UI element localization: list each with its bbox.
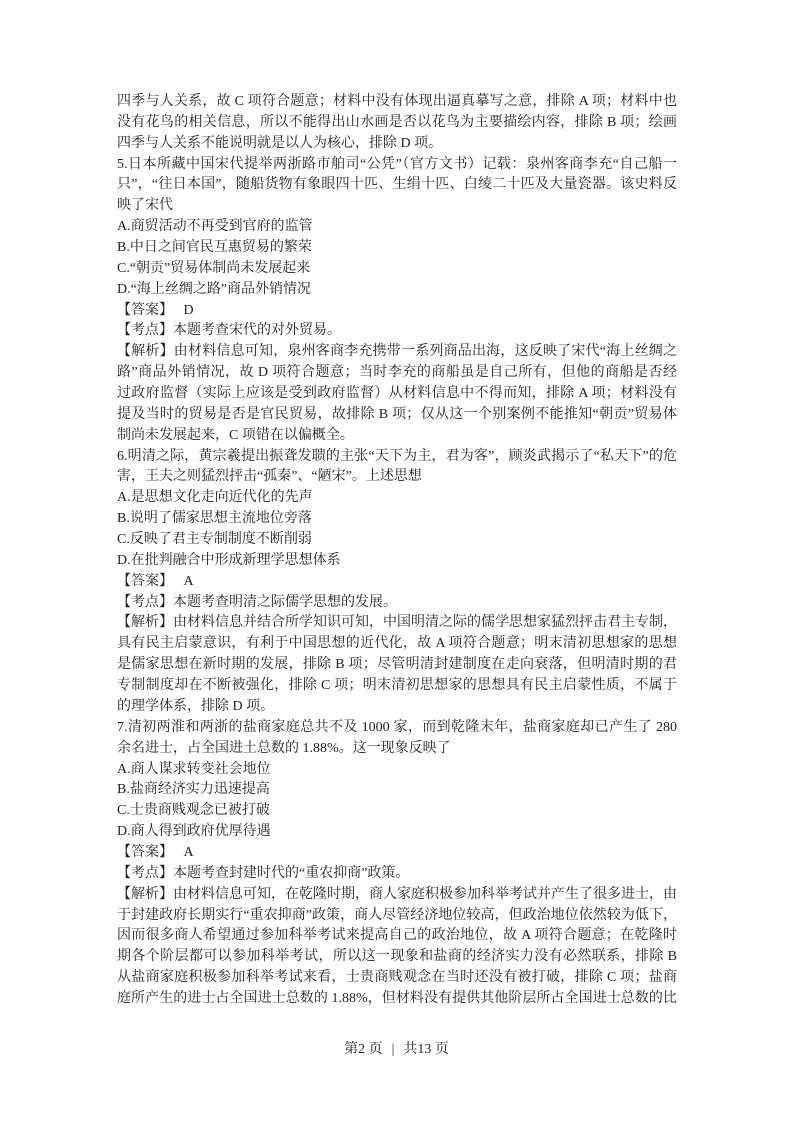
text-line: C.反映了君主专制制度不断削弱 [117,530,677,551]
text-line: 映了宋代 [117,196,677,217]
text-line: 过政府监督（实际上应该是受到政府监督）从材料信息中不得而知，排除 A 项；材料没… [117,384,677,405]
text-line: 提及当时的贸易是否是官民贸易，故排除 B 项；仅从这一个别案例不能推知“朝贡”贸… [117,405,677,426]
text-line: D.“海上丝绸之路”商品外销情况 [117,280,677,301]
text-line: 7.清初两淮和两浙的盐商家庭总共不及 1000 家，而到乾隆末年，盐商家庭却已产… [117,718,677,739]
page-total: 共13 页 [403,1042,449,1057]
text-line: 是儒家思想在新时期的发展，排除 B 项；尽管明清封建制度在走向衰落，但明清时期的… [117,655,677,676]
text-line: 【答案】 D [117,301,677,322]
text-line: A.商人谋求转变社会地位 [117,760,677,781]
text-line: B.中日之间官民互惠贸易的繁荣 [117,238,677,259]
text-line: C.士贵商贱观念已被打破 [117,801,677,822]
text-line: 没有花鸟的相关信息，所以不能得出山水画是否以花鸟为主要描绘内容，排除 B 项；绘… [117,113,677,134]
text-line: 【答案】 A [117,572,677,593]
text-line: 【考点】本题考查明清之际儒学思想的发展。 [117,593,677,614]
text-line: 6.明清之际，黄宗羲提出振聋发聩的主张“天下为主，君为客”，顾炎武揭示了“私天下… [117,447,677,468]
text-line: 【解析】由材料信息可知，在乾隆时期，商人家庭积极参加科举考试并产生了很多进士，由 [117,885,677,906]
text-line: 四季与人关系不能说明就是以人为核心，排除 D 项。 [117,134,677,155]
text-line: 期各个阶层都可以参加科举考试，所以这一现象和盐商的经济实力没有必然联系，排除 B… [117,947,677,968]
text-line: 四季与人关系，故 C 项符合题意；材料中没有体现出逼真摹写之意，排除 A 项；材… [117,92,677,113]
text-line: 【考点】本题考查封建时代的“重农抑商”政策。 [117,864,677,885]
text-line: 【考点】本题考查宋代的对外贸易。 [117,321,677,342]
document-lines: 四季与人关系，故 C 项符合题意；材料中没有体现出逼真摹写之意，排除 A 项；材… [117,92,677,1010]
text-line: A.是思想文化走向近代化的先声 [117,488,677,509]
text-line: B.盐商经济实力迅速提高 [117,780,677,801]
text-line: 专制制度却在不断被强化，排除 C 项；明末清初思想家的思想具有民主启蒙性质，不属… [117,676,677,697]
text-line: 庭所产生的进士占全国进士总数的 1.88%，但材料没有提供其他阶层所占全国进士总… [117,989,677,1010]
text-line: 制尚未发展起来，C 项错在以偏概全。 [117,426,677,447]
text-line: 从盐商家庭积极参加科举考试来看，士贵商贱观念在当时还没有被打破，排除 C 项；盐… [117,968,677,989]
text-line: 【答案】 A [117,843,677,864]
page-footer: 第2 页|共13 页 [0,1038,793,1058]
text-line: 只”，“往日本国”，随船货物有象眼四十匹、生绢十匹、白绫二十匹及大量瓷器。该史料… [117,175,677,196]
text-line: 余名进士，占全国进土总数的 1.88%。这一现象反映了 [117,739,677,760]
text-line: 【解析】由材料信息并结合所学知识可知，中国明清之际的儒学思想家猛烈抨击君主专制， [117,613,677,634]
footer-separator: | [392,1042,395,1058]
page-number: 第2 页 [344,1042,383,1057]
text-line: B.说明了儒家思想主流地位旁落 [117,509,677,530]
text-line: 具有民主启蒙意识，有利于中国思想的近代化，故 A 项符合题意；明末清初思想家的思… [117,634,677,655]
text-line: 【解析】由材料信息可知，泉州客商李充携带一系列商品出海，这反映了宋代“海上丝绸之 [117,342,677,363]
text-line: 5.日本所藏中国宋代提举两浙路市舶司“公凭”（官方文书）记载：泉州客商李充“自己… [117,155,677,176]
text-line: D.商人得到政府优厚待遇 [117,822,677,843]
text-line: A.商贸活动不再受到官府的监管 [117,217,677,238]
text-line: 害，王夫之则猛烈抨击“孤秦”、“陋宋”。上述思想 [117,467,677,488]
text-line: 路”商品外销情况，故 D 项符合题意；当时李充的商船虽是自己所有，但他的商船是否… [117,363,677,384]
text-line: 的理学体系，排除 D 项。 [117,697,677,718]
text-line: 于封建政府长期实行“重农抑商”政策，商人尽管经济地位较高，但政治地位依然较为低下… [117,906,677,927]
text-line: D.在批判融合中形成新理学思想体系 [117,551,677,572]
text-line: C.“朝贡”贸易体制尚未发展起来 [117,259,677,280]
text-line: 因而很多商人希望通过参加科举考试来提高自己的政治地位，故 A 项符合题意；在乾隆… [117,926,677,947]
document-page: 四季与人关系，故 C 项符合题意；材料中没有体现出逼真摹写之意，排除 A 项；材… [0,0,793,1122]
